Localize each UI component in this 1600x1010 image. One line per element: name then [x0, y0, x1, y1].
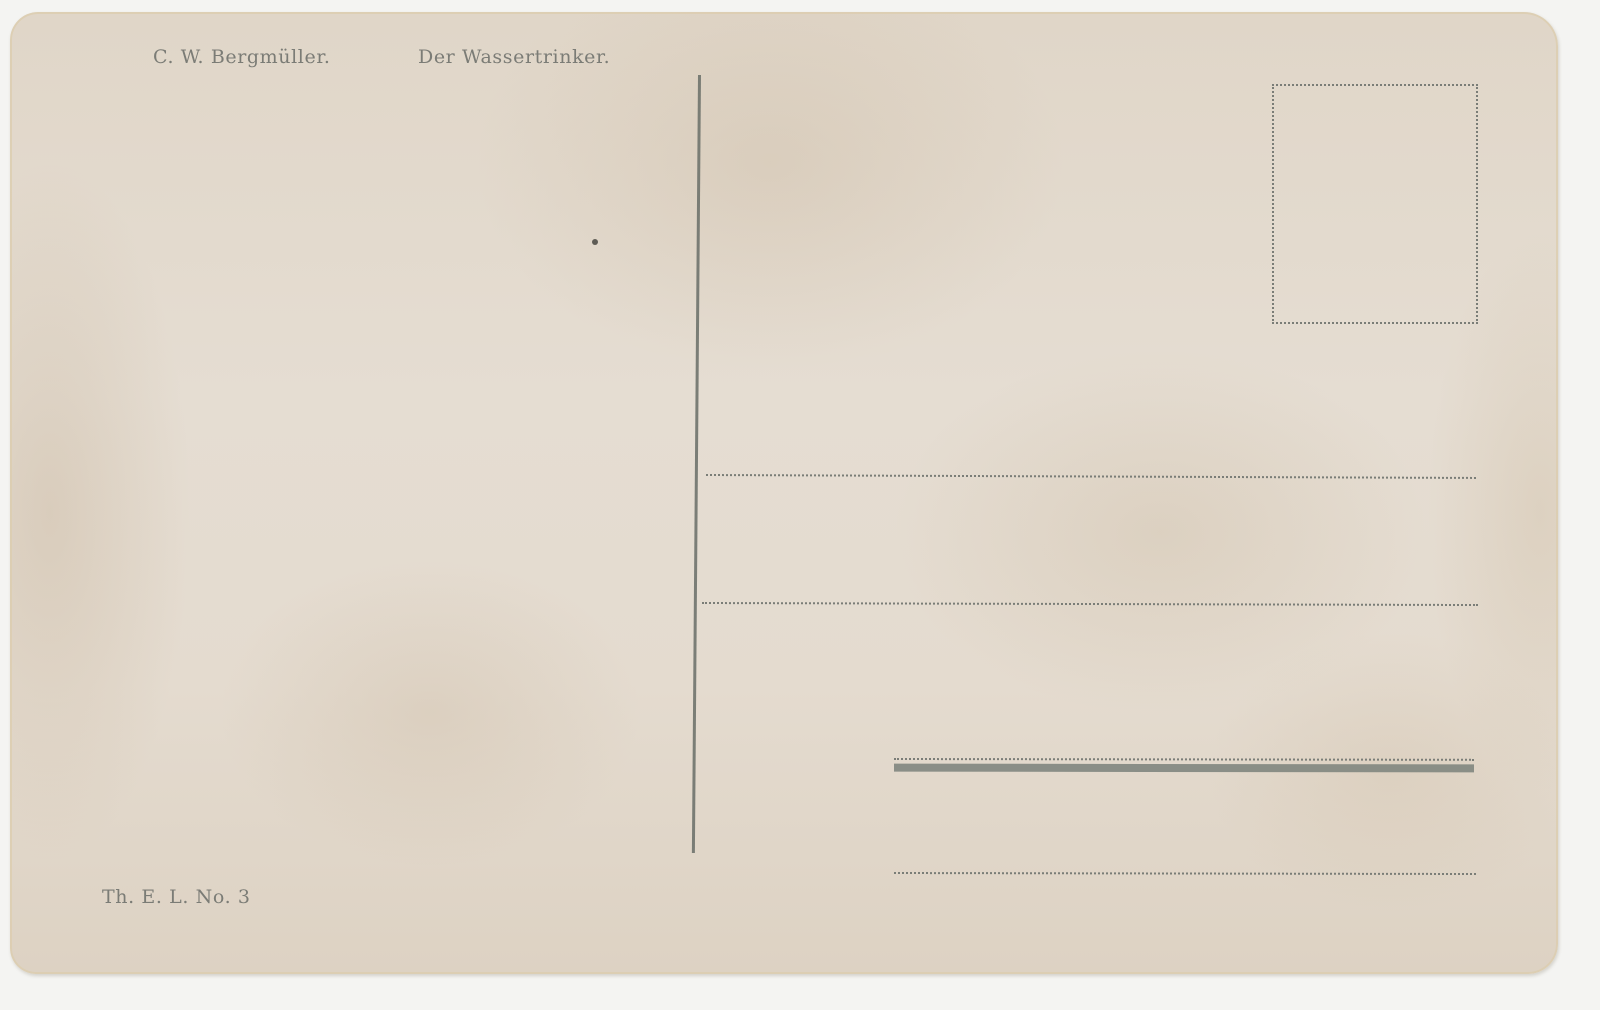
address-line-3-bar [894, 764, 1474, 773]
stamp-placeholder-box [1272, 84, 1478, 324]
message-address-divider [692, 75, 701, 853]
address-line-2 [702, 602, 1478, 606]
ink-speck [592, 239, 598, 245]
postcard-back: C. W. Bergmüller. Der Wassertrinker. Th.… [10, 12, 1558, 974]
publisher-number: Th. E. L. No. 3 [102, 886, 251, 908]
address-line-1 [706, 474, 1476, 479]
artist-credit: C. W. Bergmüller. [153, 46, 331, 68]
address-line-4 [894, 872, 1476, 875]
address-line-3-dotted [894, 758, 1474, 761]
artwork-title: Der Wassertrinker. [418, 46, 610, 68]
